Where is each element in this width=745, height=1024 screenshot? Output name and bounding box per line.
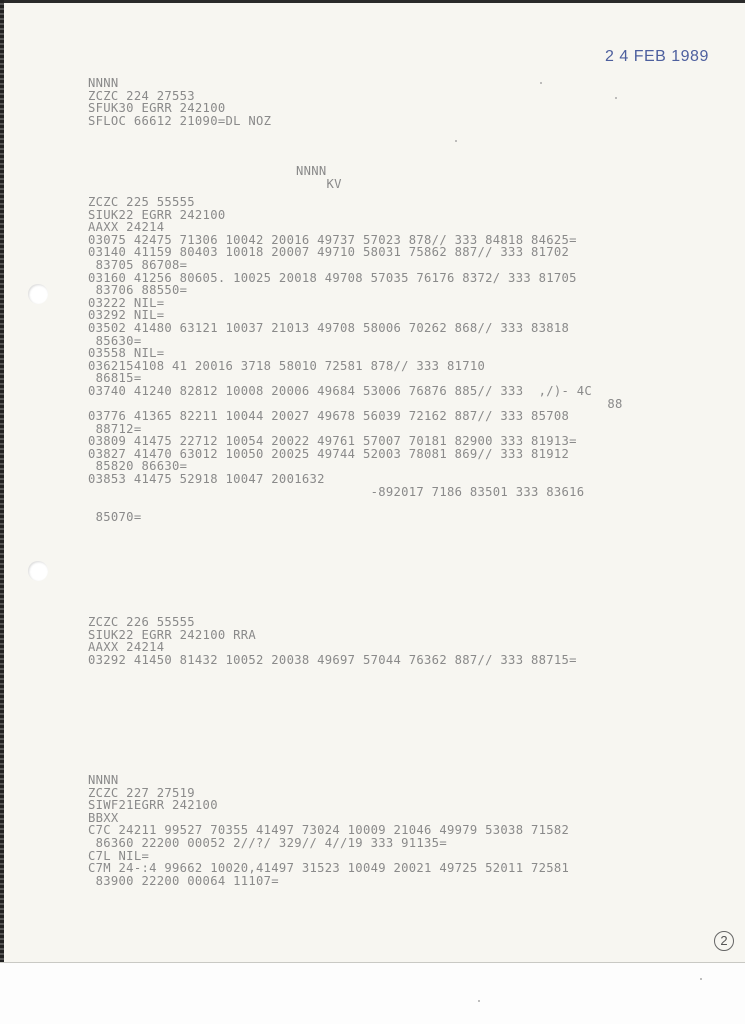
teletype-line: 86360 22200 00052 2//?/ 329// 4//19 333 … bbox=[88, 837, 569, 850]
teletype-line: 03222 NIL= bbox=[88, 297, 623, 310]
bulletin-224: NNNNZCZC 224 27553SFUK30 EGRR 242100SFLO… bbox=[88, 77, 271, 127]
teletype-line: AAXX 24214 bbox=[88, 221, 623, 234]
bulletin-226: ZCZC 226 55555SIUK22 EGRR 242100 RRAAAXX… bbox=[88, 616, 577, 666]
teletype-line: C7M 24-:4 99662 10020,41497 31523 10049 … bbox=[88, 862, 569, 875]
scanner-speck bbox=[478, 1000, 480, 1002]
paper-speck bbox=[540, 82, 542, 84]
teletype-line: 83705 86708= bbox=[88, 259, 623, 272]
teletype-line: ZCZC 225 55555 bbox=[88, 196, 623, 209]
teletype-line: SIWF21EGRR 242100 bbox=[88, 799, 569, 812]
teletype-line: SIUK22 EGRR 242100 bbox=[88, 209, 623, 222]
date-stamp: 2 4 FEB 1989 bbox=[605, 48, 709, 66]
teletype-line: ZCZC 226 55555 bbox=[88, 616, 577, 629]
teletype-line: 85630= bbox=[88, 335, 623, 348]
teletype-line: 03776 41365 82211 10044 20027 49678 5603… bbox=[88, 410, 623, 423]
teletype-line: SFUK30 EGRR 242100 bbox=[88, 102, 271, 115]
punch-hole bbox=[28, 284, 48, 304]
teletype-line: 83706 88550= bbox=[88, 284, 623, 297]
teletype-line: NNNN bbox=[88, 774, 569, 787]
teletype-line: 0362154108 41 20016 3718 58010 72581 878… bbox=[88, 360, 623, 373]
teletype-line: KV bbox=[296, 178, 342, 191]
teletype-line: 83900 22200 00064 11107= bbox=[88, 875, 569, 888]
teletype-line bbox=[88, 498, 623, 511]
end-of-message-separator: NNNN KV bbox=[296, 165, 342, 190]
teletype-line: 03558 NIL= bbox=[88, 347, 623, 360]
teletype-line: SFLOC 66612 21090=DL NOZ bbox=[88, 115, 271, 128]
teletype-line: 03292 41450 81432 10052 20038 49697 5704… bbox=[88, 654, 577, 667]
paper-speck bbox=[455, 140, 457, 142]
page-number: 2 bbox=[714, 931, 734, 951]
teletype-line: 03853 41475 52918 10047 2001632 bbox=[88, 473, 623, 486]
scanner-speck bbox=[700, 978, 702, 980]
paper-speck bbox=[615, 97, 617, 99]
teletype-line: 03740 41240 82812 10008 20006 49684 5300… bbox=[88, 385, 623, 398]
paper-sheet: 2 4 FEB 1989 NNNNZCZC 224 27553SFUK30 EG… bbox=[0, 0, 745, 963]
teletype-line: AAXX 24214 bbox=[88, 641, 577, 654]
bulletin-225: ZCZC 225 55555SIUK22 EGRR 242100AAXX 242… bbox=[88, 196, 623, 523]
teletype-line: 03809 41475 22712 10054 20022 49761 5700… bbox=[88, 435, 623, 448]
punch-hole bbox=[28, 561, 48, 581]
teletype-line: 03502 41480 63121 10037 21013 49708 5800… bbox=[88, 322, 623, 335]
paper-left-edge bbox=[0, 0, 4, 962]
teletype-line: NNNN bbox=[88, 77, 271, 90]
teletype-line: NNNN bbox=[296, 165, 342, 178]
teletype-line: -892017 7186 83501 333 83616 bbox=[88, 486, 623, 499]
bulletin-227: NNNNZCZC 227 27519SIWF21EGRR 242100BBXXC… bbox=[88, 774, 569, 887]
teletype-line: 85070= bbox=[88, 511, 623, 524]
paper-top-edge bbox=[0, 0, 745, 3]
